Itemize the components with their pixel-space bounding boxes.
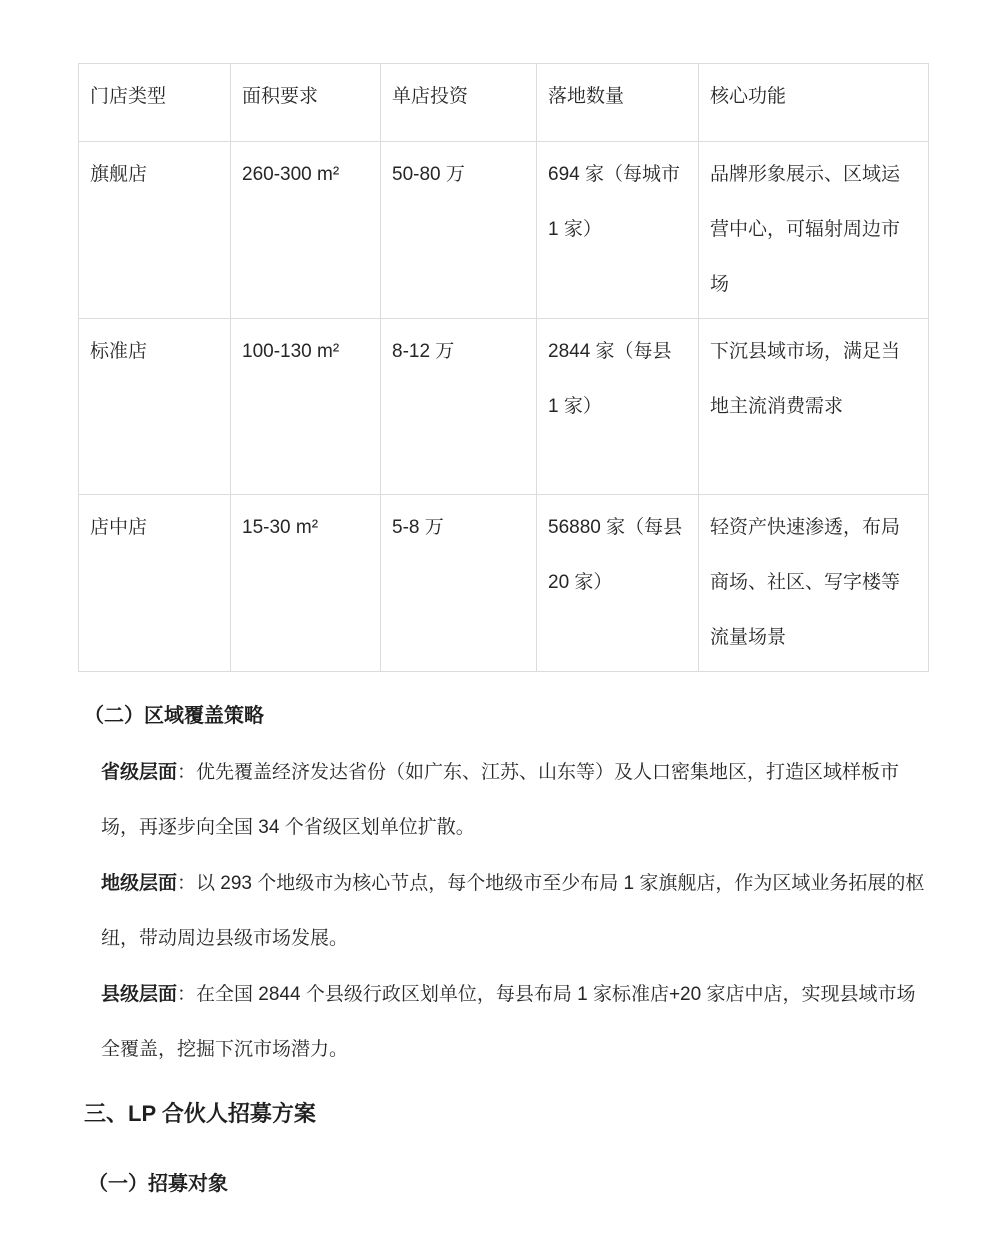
sub-heading-recruitment-targets: （一）招募对象 — [88, 1157, 929, 1212]
column-header-core-function: 核心功能 — [699, 64, 929, 142]
paragraph-label: 省级层面 — [101, 762, 177, 783]
cell-core-function: 品牌形象展示、区域运营中心，可辐射周边市场 — [699, 142, 929, 319]
table-row: 店中店 15-30 m² 5-8 万 56880 家（每县 20 家） 轻资产快… — [79, 495, 929, 672]
cell-quantity: 694 家（每城市 1 家） — [537, 142, 699, 319]
column-header-area-requirement: 面积要求 — [231, 64, 381, 142]
paragraph-label: 地级层面 — [101, 873, 177, 894]
text-sections: （二）区域覆盖策略 省级层面：优先覆盖经济发达省份（如广东、江苏、山东等）及人口… — [84, 689, 929, 1212]
column-header-store-type: 门店类型 — [79, 64, 231, 142]
cell-store-type: 标准店 — [79, 319, 231, 495]
paragraph-prefecture-level: 地级层面：以 293 个地级市为核心节点，每个地级市至少布局 1 家旗舰店，作为… — [101, 856, 929, 966]
paragraph-text: ：以 293 个地级市为核心节点，每个地级市至少布局 1 家旗舰店，作为区域业务… — [101, 873, 924, 949]
table-row: 旗舰店 260-300 m² 50-80 万 694 家（每城市 1 家） 品牌… — [79, 142, 929, 319]
cell-store-type: 店中店 — [79, 495, 231, 672]
column-header-investment: 单店投资 — [381, 64, 537, 142]
cell-investment: 8-12 万 — [381, 319, 537, 495]
cell-core-function: 下沉县域市场，满足当地主流消费需求 — [699, 319, 929, 495]
cell-area: 100-130 m² — [231, 319, 381, 495]
store-types-table: 门店类型 面积要求 单店投资 落地数量 核心功能 旗舰店 260-300 m² … — [78, 63, 929, 672]
paragraph-county-level: 县级层面：在全国 2844 个县级行政区划单位，每县布局 1 家标准店+20 家… — [101, 967, 929, 1077]
document-page: 门店类型 面积要求 单店投资 落地数量 核心功能 旗舰店 260-300 m² … — [0, 0, 993, 1212]
cell-core-function: 轻资产快速渗透，布局商场、社区、写字楼等流量场景 — [699, 495, 929, 672]
section-heading-regional-coverage: （二）区域覆盖策略 — [84, 689, 929, 744]
cell-area: 260-300 m² — [231, 142, 381, 319]
cell-area: 15-30 m² — [231, 495, 381, 672]
paragraph-province-level: 省级层面：优先覆盖经济发达省份（如广东、江苏、山东等）及人口密集地区，打造区域样… — [101, 745, 929, 855]
cell-investment: 50-80 万 — [381, 142, 537, 319]
cell-quantity: 56880 家（每县 20 家） — [537, 495, 699, 672]
paragraph-label: 县级层面 — [101, 984, 177, 1005]
paragraph-text: ：在全国 2844 个县级行政区划单位，每县布局 1 家标准店+20 家店中店，… — [101, 984, 915, 1060]
cell-quantity: 2844 家（每县 1 家） — [537, 319, 699, 495]
cell-store-type: 旗舰店 — [79, 142, 231, 319]
table-header-row: 门店类型 面积要求 单店投资 落地数量 核心功能 — [79, 64, 929, 142]
main-heading-lp-partner-recruitment: 三、LP 合伙人招募方案 — [84, 1085, 929, 1143]
paragraph-text: ：优先覆盖经济发达省份（如广东、江苏、山东等）及人口密集地区，打造区域样板市场，… — [101, 762, 899, 838]
table-row: 标准店 100-130 m² 8-12 万 2844 家（每县 1 家） 下沉县… — [79, 319, 929, 495]
column-header-quantity: 落地数量 — [537, 64, 699, 142]
cell-investment: 5-8 万 — [381, 495, 537, 672]
